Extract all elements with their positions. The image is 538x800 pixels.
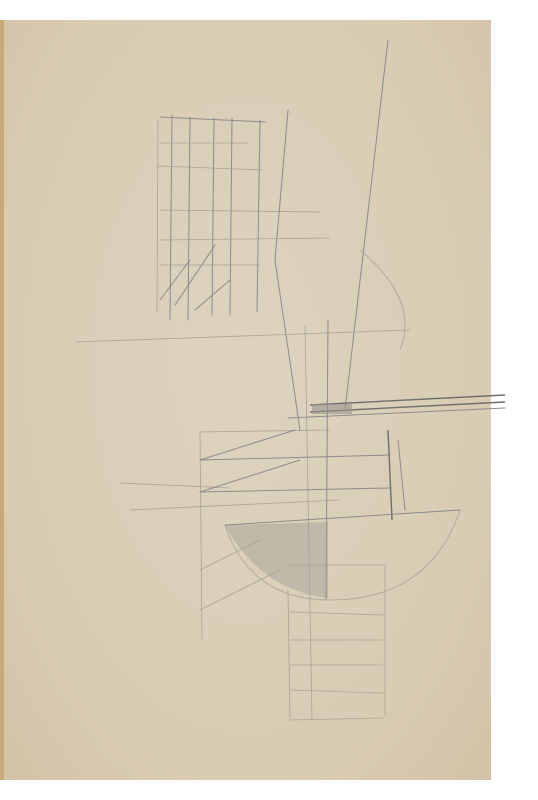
grid-sketch (157, 115, 330, 320)
pencil-drawing (0, 0, 538, 800)
heavy-bar (288, 395, 505, 418)
ship-sketch (120, 320, 460, 720)
